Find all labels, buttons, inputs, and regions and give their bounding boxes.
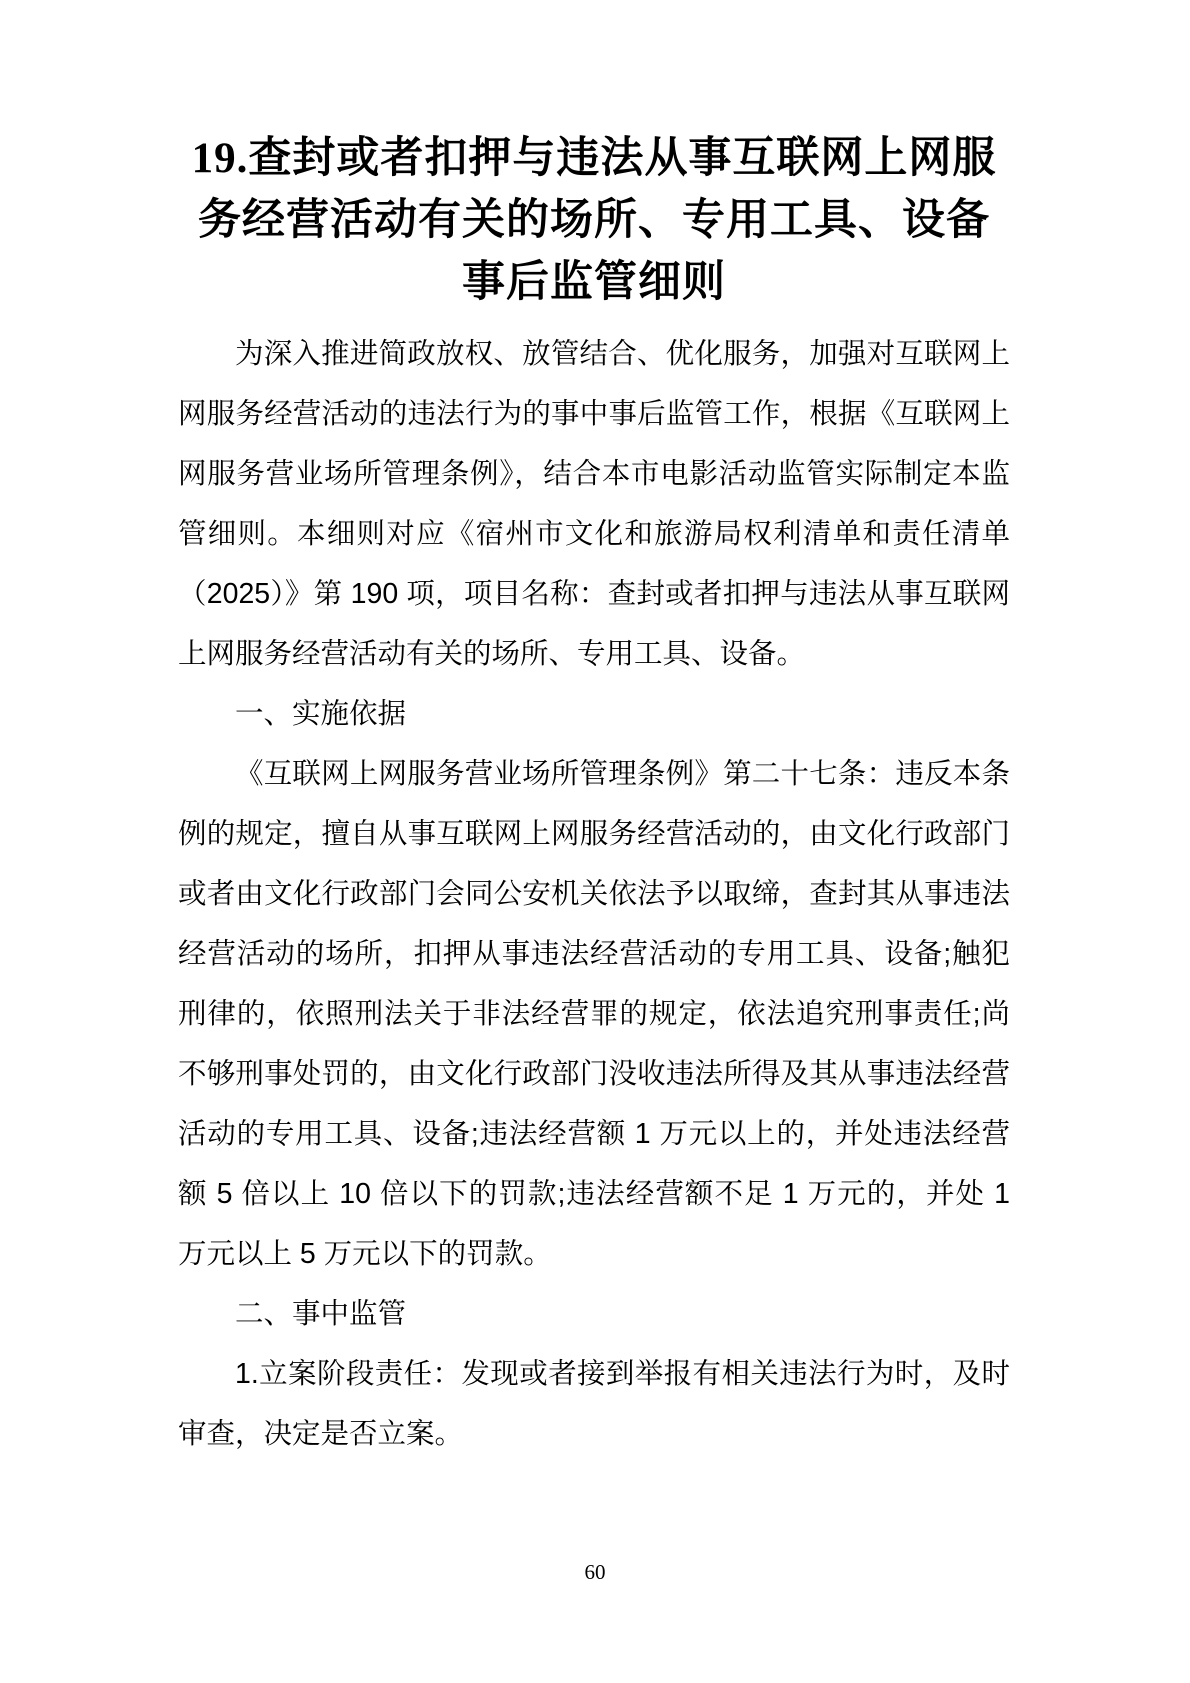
page-number: 60 [0,1558,1190,1586]
paragraph-filing-stage-duty: 1.立案阶段责任：发现或者接到举报有相关违法行为时，及时审查，决定是否立案。 [178,1344,1010,1464]
paragraph-intro: 为深入推进简政放权、放管结合、优化服务，加强对互联网上网服务经营活动的违法行为的… [178,324,1010,684]
document-page: 19.查封或者扣押与违法从事互联网上网服务经营活动有关的场所、专用工具、设备事后… [0,0,1190,1683]
document-title: 19.查封或者扣押与违法从事互联网上网服务经营活动有关的场所、专用工具、设备事后… [178,128,1010,314]
paragraph-legal-basis: 《互联网上网服务营业场所管理条例》第二十七条：违反本条例的规定，擅自从事互联网上… [178,744,1010,1284]
heading-implementation-basis: 一、实施依据 [178,684,1010,744]
heading-in-process-supervision: 二、事中监管 [178,1284,1010,1344]
